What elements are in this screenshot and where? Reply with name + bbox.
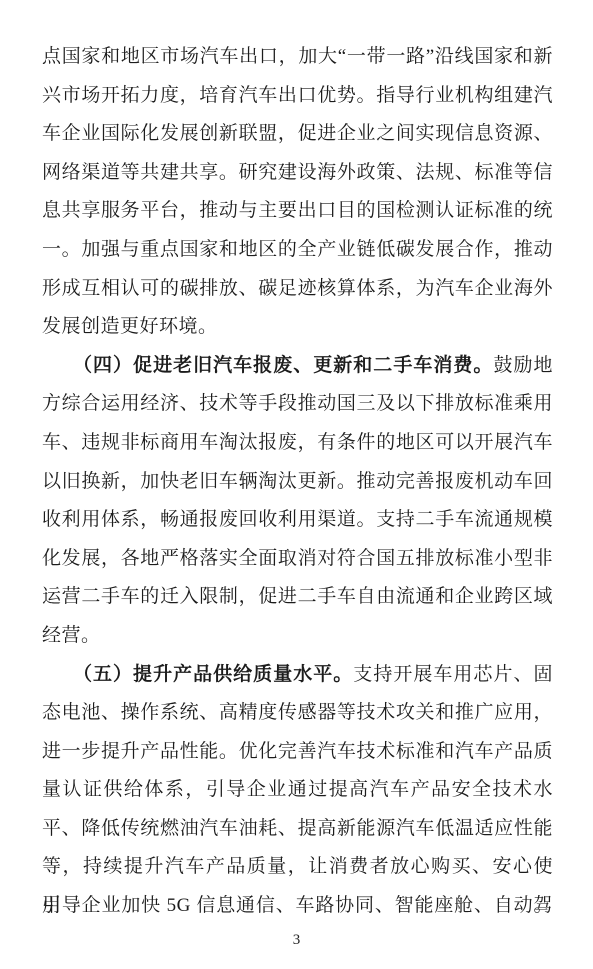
text-run: 一。加强与重点国家和地区的全产业链低碳发展合作，推动: [42, 239, 553, 260]
text-run: 运营二手车的迁入限制，促进二手车自由流通和企业跨区域: [42, 586, 553, 607]
text-line: 量认证供给体系，引导企业通过提高汽车产品安全技术水: [42, 771, 553, 810]
document-page: 点国家和地区市场汽车出口，加大“一带一路”沿线国家和新兴市场开拓力度，培育汽车出…: [42, 38, 553, 926]
text-run: 收利用体系，畅通报废回收利用渠道。支持二手车流通规模: [42, 509, 553, 530]
text-line: 态电池、操作系统、高精度传感器等技术攻关和推广应用，: [42, 694, 553, 733]
text-line: 引导企业加快 5G 信息通信、车路协同、智能座舱、自动驾: [42, 887, 553, 926]
text-line: （四）促进老旧汽车报废、更新和二手车消费。鼓励地: [42, 347, 553, 386]
text-line: 形成互相认可的碳排放、碳足迹核算体系，为汽车企业海外: [42, 270, 553, 309]
text-run: 兴市场开拓力度，培育汽车出口优势。指导行业机构组建汽: [42, 85, 553, 106]
text-run: 方综合运用经济、技术等手段推动国三及以下排放标准乘用: [42, 393, 553, 414]
text-run: 平、降低传统燃油汽车油耗、提高新能源汽车低温适应性能: [42, 818, 553, 839]
text-line: （五）提升产品供给质量水平。支持开展车用芯片、固: [42, 656, 553, 695]
text-run: 进一步提升产品性能。优化完善汽车技术标准和汽车产品质: [42, 741, 553, 762]
text-run: 经营。: [42, 625, 101, 646]
text-run: 车企业国际化发展创新联盟，促进企业之间实现信息资源、: [42, 123, 553, 144]
text-line: 息共享服务平台，推动与主要出口目的国检测认证标准的统: [42, 192, 553, 231]
text-line: 以旧换新，加快老旧车辆淘汰更新。推动完善报废机动车回: [42, 463, 553, 502]
text-run: 形成互相认可的碳排放、碳足迹核算体系，为汽车企业海外: [42, 278, 553, 299]
text-run: 支持开展车用芯片、固: [353, 664, 553, 685]
text-run: 点国家和地区市场汽车出口，加大“一带一路”沿线国家和新: [42, 46, 553, 67]
text-run: 发展创造更好环境。: [42, 316, 218, 337]
text-run: 量认证供给体系，引导企业通过提高汽车产品安全技术水: [42, 779, 553, 800]
page-number: 3: [293, 932, 301, 948]
text-line: 运营二手车的迁入限制，促进二手车自由流通和企业跨区域: [42, 578, 553, 617]
text-line: 车企业国际化发展创新联盟，促进企业之间实现信息资源、: [42, 115, 553, 154]
heading-run: （五）提升产品供给质量水平。: [73, 664, 353, 685]
text-run: 车、违规非标商用车淘汰报废，有条件的地区可以开展汽车: [42, 432, 553, 453]
text-run: 引导企业加快 5G 信息通信、车路协同、智能座舱、自动驾: [42, 895, 553, 916]
heading-run: （四）促进老旧汽车报废、更新和二手车消费。: [73, 355, 493, 376]
text-line: 点国家和地区市场汽车出口，加大“一带一路”沿线国家和新: [42, 38, 553, 77]
text-run: 息共享服务平台，推动与主要出口目的国检测认证标准的统: [42, 200, 553, 221]
text-line: 平、降低传统燃油汽车油耗、提高新能源汽车低温适应性能: [42, 810, 553, 849]
text-run: 鼓励地: [493, 355, 553, 376]
text-run: 态电池、操作系统、高精度传感器等技术攻关和推广应用，: [42, 702, 553, 723]
text-line: 化发展，各地严格落实全面取消对符合国五排放标准小型非: [42, 540, 553, 579]
text-run: 化发展，各地严格落实全面取消对符合国五排放标准小型非: [42, 548, 553, 569]
text-line: 进一步提升产品性能。优化完善汽车技术标准和汽车产品质: [42, 733, 553, 772]
text-line: 车、违规非标商用车淘汰报废，有条件的地区可以开展汽车: [42, 424, 553, 463]
text-line: 收利用体系，畅通报废回收利用渠道。支持二手车流通规模: [42, 501, 553, 540]
text-line: 一。加强与重点国家和地区的全产业链低碳发展合作，推动: [42, 231, 553, 270]
text-line: 兴市场开拓力度，培育汽车出口优势。指导行业机构组建汽: [42, 77, 553, 116]
text-run: 网络渠道等共建共享。研究建设海外政策、法规、标准等信: [42, 162, 553, 183]
text-line: 方综合运用经济、技术等手段推动国三及以下排放标准乘用: [42, 385, 553, 424]
text-line: 发展创造更好环境。: [42, 308, 553, 347]
text-line: 经营。: [42, 617, 553, 656]
page-footer: 3: [0, 928, 593, 952]
text-line: 网络渠道等共建共享。研究建设海外政策、法规、标准等信: [42, 154, 553, 193]
text-line: 等，持续提升汽车产品质量，让消费者放心购买、安心使用。: [42, 848, 553, 887]
text-block: 点国家和地区市场汽车出口，加大“一带一路”沿线国家和新兴市场开拓力度，培育汽车出…: [42, 38, 553, 926]
text-run: 以旧换新，加快老旧车辆淘汰更新。推动完善报废机动车回: [42, 471, 553, 492]
